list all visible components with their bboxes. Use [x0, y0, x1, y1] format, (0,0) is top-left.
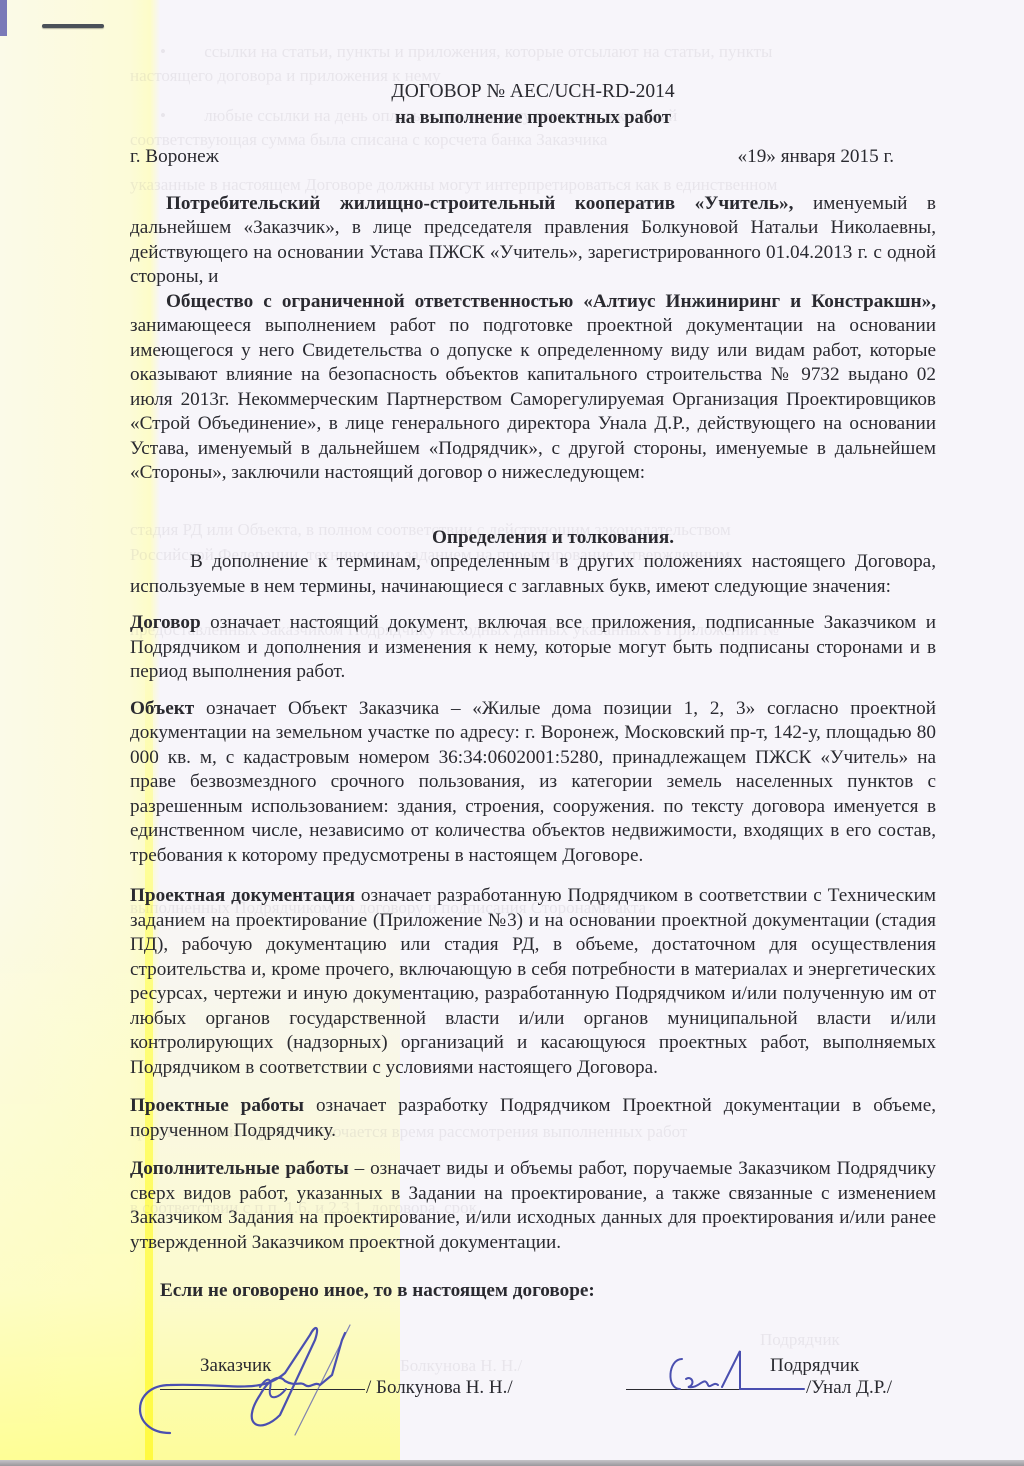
party2-text: занимающееся выполнением работ по подгот… — [130, 315, 936, 483]
contract-title: ДОГОВОР № AEC/UCH-RD-2014 — [130, 80, 936, 105]
party2-name: Общество с ограниченной ответственностью… — [166, 291, 936, 312]
definition-item: Объект означает Объект Заказчика – «Жилы… — [130, 697, 936, 869]
definition-item: Проектные работы означает разработку Под… — [130, 1094, 936, 1143]
preamble-party2: Общество с ограниченной ответственностью… — [130, 290, 936, 486]
contract-subtitle: на выполнение проектных работ — [130, 106, 936, 131]
page-bottom-edge — [0, 1460, 1024, 1466]
contractor-signature-icon — [660, 1345, 810, 1405]
definition-item: Договор означает настоящий документ, вкл… — [130, 611, 936, 685]
definition-item: Дополнительные работы – означает виды и … — [130, 1157, 936, 1255]
customer-name: / Болкунова Н. Н./ — [366, 1377, 513, 1399]
contractor-name: /Унал Д.Р./ — [806, 1377, 892, 1399]
city: г. Воронеж — [130, 145, 219, 170]
definitions-heading: Определения и толкования. — [130, 526, 936, 551]
definition-text: означает разработанную Подрядчиком в соо… — [130, 885, 936, 1078]
staple-mark — [42, 24, 104, 28]
preamble-party1: Потребительский жилищно-строительный коо… — [130, 192, 936, 290]
definition-item: Проектная документация означает разработ… — [130, 884, 936, 1080]
definition-term: Дополнительные работы — [130, 1158, 349, 1179]
signature-block: Заказчик / Болкунова Н. Н./ Подрядчик /У… — [130, 1355, 936, 1435]
party1-name: Потребительский жилищно-строительный коо… — [166, 193, 793, 214]
contract-body: ДОГОВОР № AEC/UCH-RD-2014 на выполнение … — [130, 80, 936, 1304]
definition-text: означает Объект Заказчика – «Жилые дома … — [130, 698, 936, 866]
contract-date: «19» января 2015 г. — [738, 145, 894, 170]
definitions-closing: Если не оговорено иное, то в настоящем д… — [130, 1279, 936, 1304]
definition-term: Проектная документация — [130, 885, 355, 906]
definitions-intro: В дополнение к терминам, определенным в … — [130, 550, 936, 599]
customer-signature-icon — [110, 1315, 370, 1445]
definition-text: означает настоящий документ, включая все… — [130, 612, 936, 682]
corner-mark — [0, 0, 7, 36]
definition-term: Объект — [130, 698, 194, 719]
place-and-date: г. Воронеж «19» января 2015 г. — [130, 145, 936, 170]
scanned-page: • ссылки на статьи, пункты и приложения,… — [0, 0, 1024, 1466]
definition-term: Проектные работы — [130, 1095, 304, 1116]
definition-term: Договор — [130, 612, 201, 633]
